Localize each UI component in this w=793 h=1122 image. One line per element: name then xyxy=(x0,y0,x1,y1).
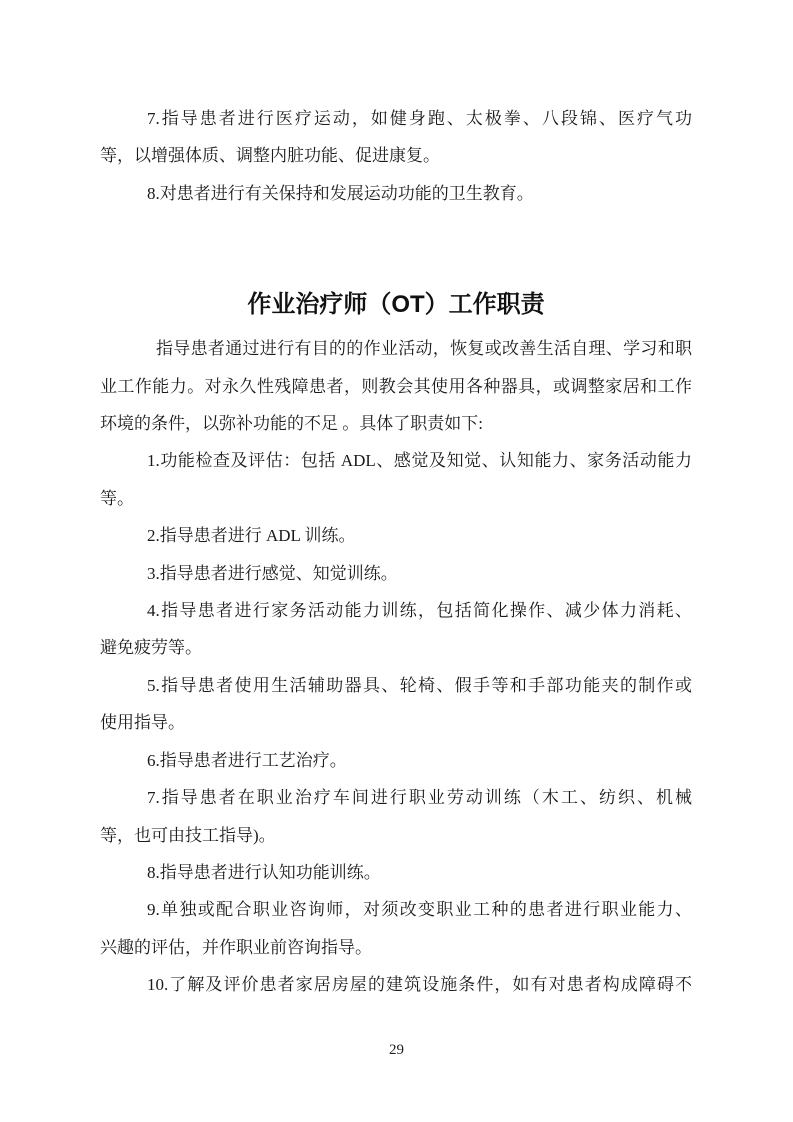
text-line: 8.对患者进行有关保持和发展运动功能的卫生教育。 xyxy=(100,175,692,212)
text-line: 兴趣的评估，并作职业前咨询指导。 xyxy=(100,929,692,966)
section-heading: 作业治疗师（OT）工作职责 xyxy=(100,290,692,320)
text-line: 避免疲劳等。 xyxy=(100,629,692,666)
text-line: 使用指导。 xyxy=(100,704,692,741)
text-line: 4.指导患者进行家务活动能力训练，包括简化操作、减少体力消耗、 xyxy=(100,592,692,629)
text-line: 10.了解及评价患者家居房屋的建筑设施条件，如有对患者构成障碍不 xyxy=(100,966,692,1003)
text-line: 等。 xyxy=(100,480,692,517)
text-line: 环境的条件，以弥补功能的不足 。具体了职责如下: xyxy=(100,405,692,442)
text-line: 8.指导患者进行认知功能训练。 xyxy=(100,854,692,891)
text-line: 7.指导患者在职业治疗车间进行职业劳动训练（木工、纺织、机械 xyxy=(100,779,692,816)
document-body: 7.指导患者进行医疗运动，如健身跑、太极拳、八段锦、医疗气功 等，以增强体质、调… xyxy=(100,100,692,1004)
text-line: 等，以增强体质、调整内脏功能、促进康复。 xyxy=(100,137,692,174)
document-page: 7.指导患者进行医疗运动，如健身跑、太极拳、八段锦、医疗气功 等，以增强体质、调… xyxy=(0,0,793,1122)
text-line: 6.指导患者进行工艺治疗。 xyxy=(100,742,692,779)
text-line: 2.指导患者进行 ADL 训练。 xyxy=(100,517,692,554)
text-line: 7.指导患者进行医疗运动，如健身跑、太极拳、八段锦、医疗气功 xyxy=(100,100,692,137)
text-line: 9.单独或配合职业咨询师，对须改变职业工种的患者进行职业能力、 xyxy=(100,891,692,928)
text-line: 1.功能检查及评估：包括 ADL、感觉及知觉、认知能力、家务活动能力 xyxy=(100,442,692,479)
text-line: 业工作能力。对永久性残障患者，则教会其使用各种器具，或调整家居和工作 xyxy=(100,368,692,405)
page-number: 29 xyxy=(0,1040,793,1060)
text-line: 等，也可由技工指导)。 xyxy=(100,817,692,854)
text-line: 5.指导患者使用生活辅助器具、轮椅、假手等和手部功能夹的制作或 xyxy=(100,667,692,704)
text-line: 指导患者通过进行有目的的作业活动，恢复或改善生活自理、学习和职 xyxy=(100,330,692,367)
text-line: 3.指导患者进行感觉、知觉训练。 xyxy=(100,555,692,592)
